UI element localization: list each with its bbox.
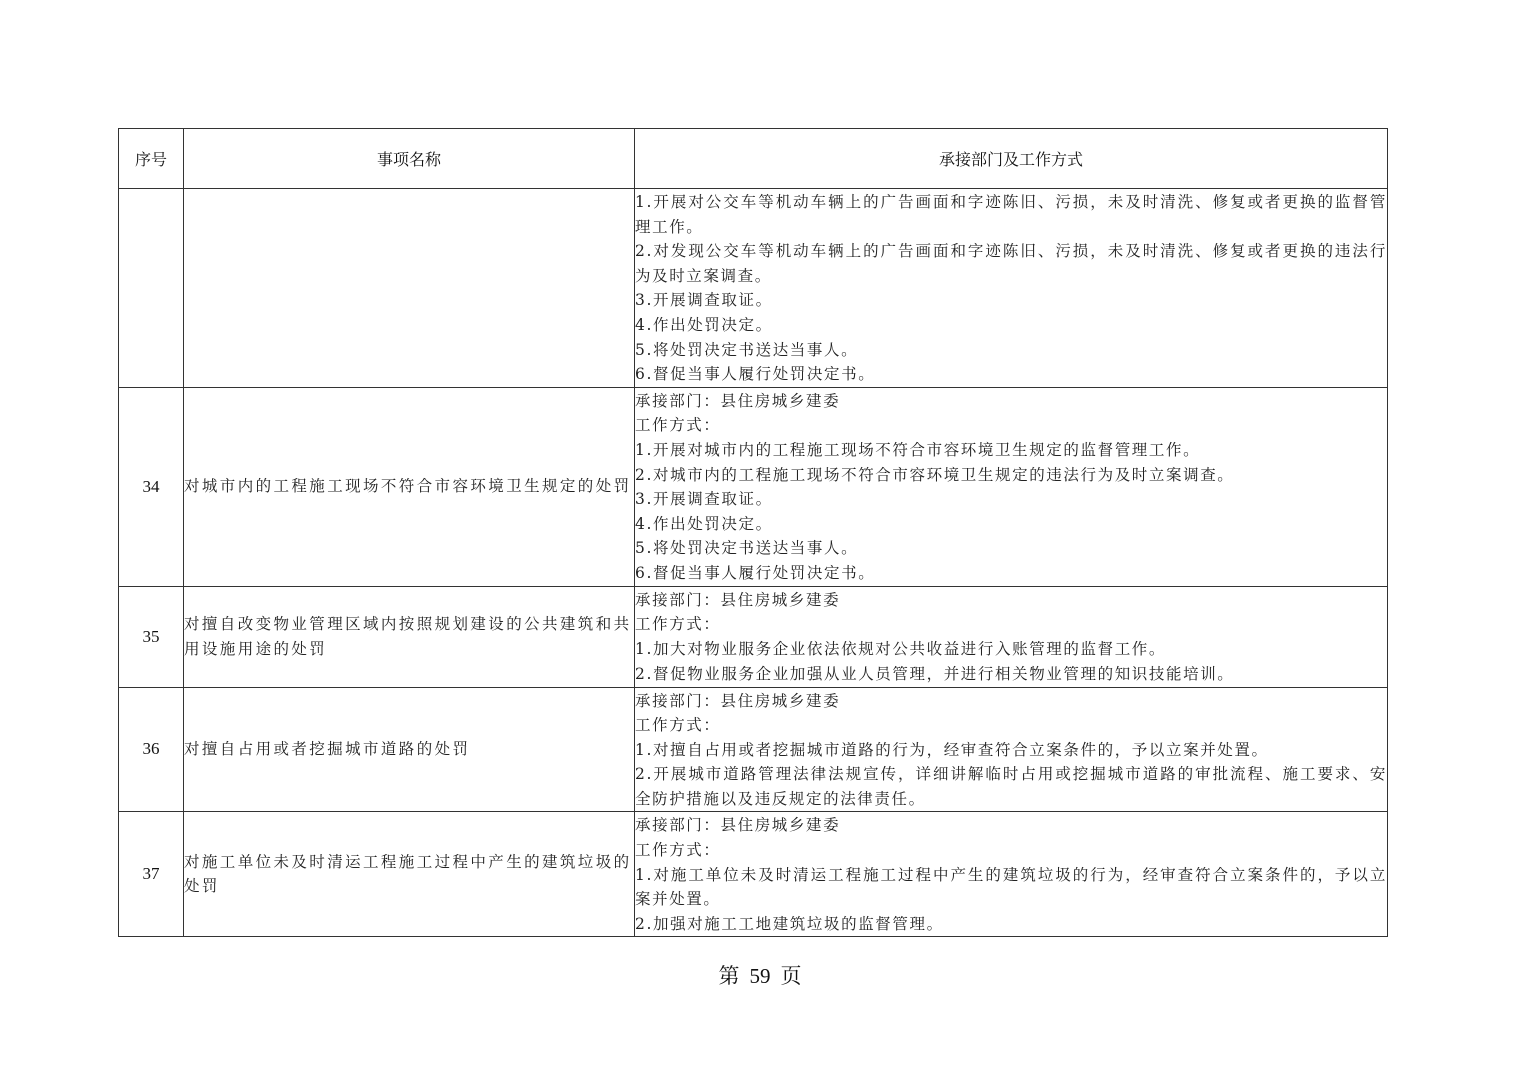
method-line: 1.对施工单位未及时清运工程施工过程中产生的建筑垃圾的行为，经审查符合立案条件的…	[635, 863, 1387, 912]
table-header-row: 序号 事项名称 承接部门及工作方式	[119, 129, 1388, 189]
page-number: 59	[750, 964, 771, 988]
table-row: 37 对施工单位未及时清运工程施工过程中产生的建筑垃圾的处罚 承接部门：县住房城…	[119, 812, 1388, 937]
method-line: 1.开展对公交车等机动车辆上的广告画面和字迹陈旧、污损，未及时清洗、修复或者更换…	[635, 190, 1387, 239]
row-item-name: 对擅自改变物业管理区域内按照规划建设的公共建筑和共用设施用途的处罚	[184, 586, 635, 687]
row-serial-number: 34	[119, 387, 184, 586]
table-row: 35 对擅自改变物业管理区域内按照规划建设的公共建筑和共用设施用途的处罚 承接部…	[119, 586, 1388, 687]
row-serial-number	[119, 189, 184, 388]
table-row: 1.开展对公交车等机动车辆上的广告画面和字迹陈旧、污损，未及时清洗、修复或者更换…	[119, 189, 1388, 388]
method-line: 2.对城市内的工程施工现场不符合市容环境卫生规定的违法行为及时立案调查。	[635, 463, 1387, 488]
header-item-name: 事项名称	[184, 129, 635, 189]
method-line: 6.督促当事人履行处罚决定书。	[635, 362, 1387, 387]
row-item-name: 对擅自占用或者挖掘城市道路的处罚	[184, 687, 635, 812]
row-serial-number: 35	[119, 586, 184, 687]
department-line: 承接部门：县住房城乡建委	[635, 389, 1387, 414]
method-label: 工作方式：	[635, 413, 1387, 438]
department-line: 承接部门：县住房城乡建委	[635, 588, 1387, 613]
method-line: 4.作出处罚决定。	[635, 313, 1387, 338]
row-item-name: 对城市内的工程施工现场不符合市容环境卫生规定的处罚	[184, 387, 635, 586]
row-serial-number: 37	[119, 812, 184, 937]
row-department-method: 承接部门：县住房城乡建委 工作方式： 1.对施工单位未及时清运工程施工过程中产生…	[635, 812, 1388, 937]
row-department-method: 承接部门：县住房城乡建委 工作方式： 1.开展对城市内的工程施工现场不符合市容环…	[635, 387, 1388, 586]
method-line: 1.对擅自占用或者挖掘城市道路的行为，经审查符合立案条件的，予以立案并处置。	[635, 738, 1387, 763]
method-line: 1.开展对城市内的工程施工现场不符合市容环境卫生规定的监督管理工作。	[635, 438, 1387, 463]
row-item-name	[184, 189, 635, 388]
document-page: 序号 事项名称 承接部门及工作方式 1.开展对公交车等机动车辆上的广告画面和字迹…	[0, 0, 1520, 1074]
method-label: 工作方式：	[635, 838, 1387, 863]
method-line: 3.开展调查取证。	[635, 288, 1387, 313]
method-line: 2.加强对施工工地建筑垃圾的监督管理。	[635, 912, 1387, 937]
method-line: 3.开展调查取证。	[635, 487, 1387, 512]
table-row: 34 对城市内的工程施工现场不符合市容环境卫生规定的处罚 承接部门：县住房城乡建…	[119, 387, 1388, 586]
page-label-suffix: 页	[781, 964, 802, 988]
method-line: 2.开展城市道路管理法律法规宣传，详细讲解临时占用或挖掘城市道路的审批流程、施工…	[635, 762, 1387, 811]
row-item-name: 对施工单位未及时清运工程施工过程中产生的建筑垃圾的处罚	[184, 812, 635, 937]
method-label: 工作方式：	[635, 713, 1387, 738]
method-line: 5.将处罚决定书送达当事人。	[635, 536, 1387, 561]
item-table: 序号 事项名称 承接部门及工作方式 1.开展对公交车等机动车辆上的广告画面和字迹…	[118, 128, 1388, 937]
method-label: 工作方式：	[635, 612, 1387, 637]
header-serial-number: 序号	[119, 129, 184, 189]
method-line: 6.督促当事人履行处罚决定书。	[635, 561, 1387, 586]
page-footer: 第59页	[0, 960, 1520, 990]
row-serial-number: 36	[119, 687, 184, 812]
department-line: 承接部门：县住房城乡建委	[635, 689, 1387, 714]
table-row: 36 对擅自占用或者挖掘城市道路的处罚 承接部门：县住房城乡建委 工作方式： 1…	[119, 687, 1388, 812]
method-line: 5.将处罚决定书送达当事人。	[635, 338, 1387, 363]
row-department-method: 1.开展对公交车等机动车辆上的广告画面和字迹陈旧、污损，未及时清洗、修复或者更换…	[635, 189, 1388, 388]
method-line: 1.加大对物业服务企业依法依规对公共收益进行入账管理的监督工作。	[635, 637, 1387, 662]
method-line: 4.作出处罚决定。	[635, 512, 1387, 537]
page-label-prefix: 第	[719, 964, 740, 988]
department-line: 承接部门：县住房城乡建委	[635, 813, 1387, 838]
row-department-method: 承接部门：县住房城乡建委 工作方式： 1.加大对物业服务企业依法依规对公共收益进…	[635, 586, 1388, 687]
row-department-method: 承接部门：县住房城乡建委 工作方式： 1.对擅自占用或者挖掘城市道路的行为，经审…	[635, 687, 1388, 812]
method-line: 2.督促物业服务企业加强从业人员管理，并进行相关物业管理的知识技能培训。	[635, 662, 1387, 687]
header-department-and-method: 承接部门及工作方式	[635, 129, 1388, 189]
method-line: 2.对发现公交车等机动车辆上的广告画面和字迹陈旧、污损，未及时清洗、修复或者更换…	[635, 239, 1387, 288]
